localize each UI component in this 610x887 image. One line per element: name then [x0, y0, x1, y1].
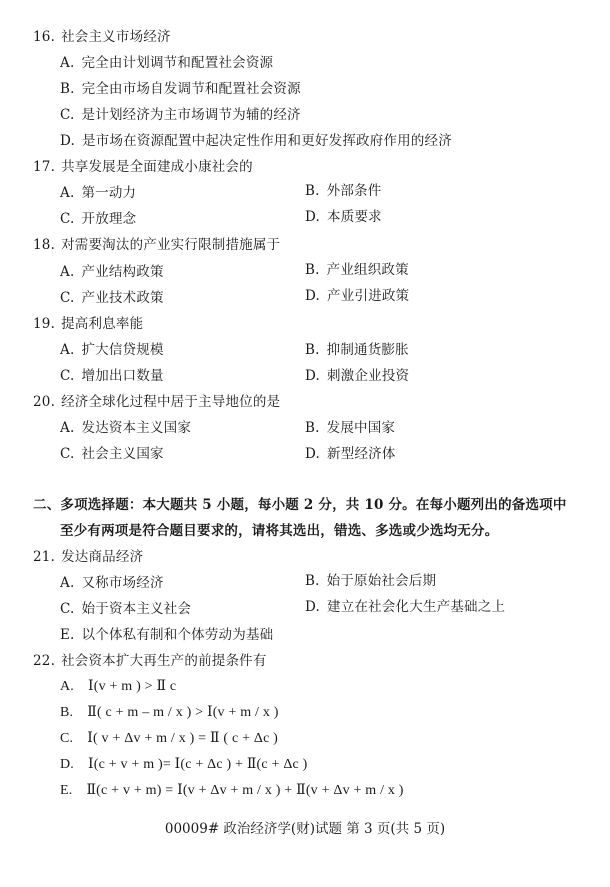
question-22-option-e: E.Ⅱ(c + v + m) = Ⅰ(v + Δv + m / x ) + Ⅱ(… — [60, 782, 404, 800]
option-letter: D. — [305, 367, 320, 385]
option-letter: D. — [60, 756, 74, 774]
question-21-stem: 21.发达商品经济 — [33, 548, 143, 566]
option-formula: Ⅰ( v + Δv + m / x ) = Ⅱ ( c + Δc ) — [87, 731, 278, 746]
option-text: 完全由市场自发调节和配置社会资源 — [82, 81, 301, 97]
question-text: 提高利息率能 — [61, 316, 143, 332]
question-18-option-d: D.产业引进政策 — [305, 287, 409, 305]
option-letter: D. — [60, 132, 75, 150]
option-text: 始于资本主义社会 — [82, 601, 192, 617]
question-19-option-b: B.抑制通货膨胀 — [305, 341, 409, 359]
option-letter: A. — [60, 184, 74, 202]
question-text: 社会主义市场经济 — [61, 29, 171, 45]
option-text: 抑制通货膨胀 — [327, 342, 409, 358]
option-text: 新型经济体 — [327, 446, 396, 462]
question-20-option-a: A.发达资本主义国家 — [60, 419, 191, 437]
question-text: 发达商品经济 — [61, 549, 143, 565]
option-text: 外部条件 — [327, 183, 382, 199]
section-instructions: 至少有两项是符合题目要求的，请将其选出，错选、多选或少选均无分。 — [60, 522, 498, 540]
question-22-option-d: D.Ⅰ(c + v + m )= Ⅰ(c + Δc ) + Ⅱ(c + Δc ) — [60, 756, 308, 774]
option-letter: C. — [60, 600, 75, 618]
option-text: 社会主义国家 — [82, 446, 164, 462]
option-text: 第一动力 — [81, 185, 136, 201]
question-21-option-b: B.始于原始社会后期 — [305, 572, 436, 590]
option-text: 扩大信贷规模 — [81, 342, 163, 358]
question-19-option-a: A.扩大信贷规模 — [60, 341, 164, 359]
option-text: 增加出口数量 — [82, 368, 164, 384]
option-formula: Ⅱ(c + v + m) = Ⅰ(v + Δv + m / x ) + Ⅱ(v … — [86, 783, 403, 798]
option-letter: A. — [60, 54, 74, 72]
question-22-option-b: B.Ⅱ( c + m – m / x ) > Ⅰ(v + m / x ) — [60, 704, 279, 722]
option-text: 是计划经济为主市场调节为辅的经济 — [82, 107, 301, 123]
option-letter: B. — [305, 182, 320, 200]
question-18-option-a: A.产业结构政策 — [60, 263, 164, 281]
question-21-option-e: E.以个体私有制和个体劳动为基础 — [60, 626, 273, 644]
question-19-option-c: C.增加出口数量 — [60, 367, 164, 385]
question-17-option-b: B.外部条件 — [305, 182, 381, 200]
question-18-option-b: B.产业组织政策 — [305, 261, 409, 279]
option-letter: D. — [305, 208, 320, 226]
option-text: 本质要求 — [327, 209, 382, 225]
option-text: 产业引进政策 — [327, 288, 409, 304]
question-18-stem: 18.对需要淘汰的产业实行限制措施属于 — [33, 236, 280, 254]
option-letter: C. — [60, 445, 75, 463]
option-letter: B. — [305, 572, 320, 590]
question-18-option-c: C.产业技术政策 — [60, 289, 164, 307]
option-text: 产业技术政策 — [82, 290, 164, 306]
option-letter: E. — [60, 626, 75, 644]
question-17-option-c: C.开放理念 — [60, 210, 136, 228]
page-footer: 00009# 政治经济学(财)试题 第 3 页(共 5 页) — [0, 820, 610, 838]
question-number: 22. — [33, 653, 55, 669]
question-number: 16. — [33, 29, 55, 45]
option-letter: B. — [60, 80, 75, 98]
option-letter: C. — [60, 730, 73, 748]
option-letter: E. — [60, 782, 72, 800]
question-16-option-c: C.是计划经济为主市场调节为辅的经济 — [60, 106, 301, 124]
option-formula: Ⅰ(v + m ) > Ⅱ c — [88, 679, 176, 694]
question-text: 对需要淘汰的产业实行限制措施属于 — [61, 237, 280, 253]
option-letter: D. — [305, 445, 320, 463]
question-number: 20. — [33, 394, 55, 410]
option-letter: A. — [60, 263, 74, 281]
option-letter: A. — [60, 341, 74, 359]
option-text: 产业结构政策 — [81, 264, 163, 280]
option-text: 产业组织政策 — [327, 262, 409, 278]
option-text: 建立在社会化大生产基础之上 — [327, 599, 505, 615]
question-22-option-a: A.Ⅰ(v + m ) > Ⅱ c — [60, 678, 176, 696]
option-formula: Ⅱ( c + m – m / x ) > Ⅰ(v + m / x ) — [87, 705, 278, 720]
option-letter: A. — [60, 574, 74, 592]
option-letter: D. — [305, 287, 320, 305]
option-formula: Ⅰ(c + v + m )= Ⅰ(c + Δc ) + Ⅱ(c + Δc ) — [88, 757, 308, 772]
question-21-option-c: C.始于资本主义社会 — [60, 600, 191, 618]
question-16-option-a: A.完全由计划调节和配置社会资源 — [60, 54, 273, 72]
option-letter: A. — [60, 678, 74, 696]
question-20-option-d: D.新型经济体 — [305, 445, 396, 463]
question-20-stem: 20.经济全球化过程中居于主导地位的是 — [33, 393, 280, 411]
question-number: 21. — [33, 549, 55, 565]
option-text: 发展中国家 — [327, 420, 396, 436]
question-20-option-b: B.发展中国家 — [305, 419, 395, 437]
question-16-option-d: D.是市场在资源配置中起决定性作用和更好发挥政府作用的经济 — [60, 132, 452, 150]
option-text: 是市场在资源配置中起决定性作用和更好发挥政府作用的经济 — [82, 133, 452, 149]
option-text: 始于原始社会后期 — [327, 573, 437, 589]
question-16-option-b: B.完全由市场自发调节和配置社会资源 — [60, 80, 301, 98]
question-number: 19. — [33, 316, 55, 332]
question-number: 18. — [33, 237, 55, 253]
option-letter: A. — [60, 419, 74, 437]
option-letter: B. — [305, 261, 320, 279]
question-21-option-a: A.又称市场经济 — [60, 574, 164, 592]
option-letter: C. — [60, 367, 75, 385]
exam-page: 16.社会主义市场经济 A.完全由计划调节和配置社会资源 B.完全由市场自发调节… — [0, 0, 610, 887]
question-17-option-d: D.本质要求 — [305, 208, 382, 226]
question-17-stem: 17.共享发展是全面建成小康社会的 — [33, 158, 253, 176]
question-text: 社会资本扩大再生产的前提条件有 — [61, 653, 267, 669]
option-text: 刺激企业投资 — [327, 368, 409, 384]
option-text: 以个体私有制和个体劳动为基础 — [82, 627, 274, 643]
option-text: 完全由计划调节和配置社会资源 — [81, 55, 273, 71]
question-20-option-c: C.社会主义国家 — [60, 445, 164, 463]
question-16-stem: 16.社会主义市场经济 — [33, 28, 171, 46]
section-heading: 二、多项选择题：本大题共 5 小题，每小题 2 分，共 10 分。在每小题列出的… — [33, 496, 567, 514]
question-21-option-d: D.建立在社会化大生产基础之上 — [305, 598, 505, 616]
question-19-option-d: D.刺激企业投资 — [305, 367, 409, 385]
option-letter: C. — [60, 289, 75, 307]
option-letter: B. — [60, 704, 73, 722]
option-letter: C. — [60, 210, 75, 228]
option-text: 又称市场经济 — [81, 575, 163, 591]
question-17-option-a: A.第一动力 — [60, 184, 136, 202]
option-letter: B. — [305, 419, 320, 437]
question-text: 经济全球化过程中居于主导地位的是 — [61, 394, 280, 410]
question-19-stem: 19.提高利息率能 — [33, 315, 143, 333]
option-letter: D. — [305, 598, 320, 616]
question-22-option-c: C.Ⅰ( v + Δv + m / x ) = Ⅱ ( c + Δc ) — [60, 730, 278, 748]
option-letter: C. — [60, 106, 75, 124]
question-text: 共享发展是全面建成小康社会的 — [61, 159, 253, 175]
question-22-stem: 22.社会资本扩大再生产的前提条件有 — [33, 652, 267, 670]
option-letter: B. — [305, 341, 320, 359]
question-number: 17. — [33, 159, 55, 175]
option-text: 发达资本主义国家 — [81, 420, 191, 436]
option-text: 开放理念 — [82, 211, 137, 227]
